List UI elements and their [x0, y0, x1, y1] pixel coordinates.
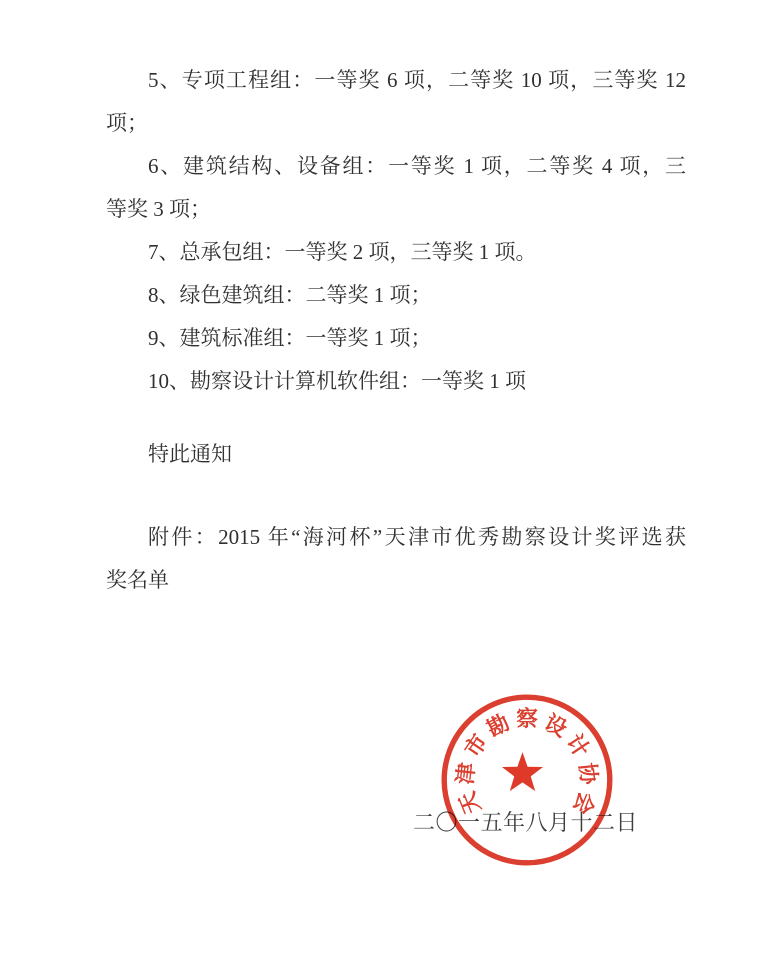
seal-text: 天津市勘察设计协会	[453, 706, 602, 818]
seal-star-icon	[502, 752, 543, 791]
attachment-line: 奖名单	[106, 559, 686, 602]
body-line: 等奖 3 项；	[106, 188, 686, 231]
body-line: 10、勘察设计计算机软件组：一等奖 1 项	[106, 360, 686, 403]
attachment-line: 附件：2015 年“海河杯”天津市优秀勘察设计奖评选获	[106, 516, 686, 559]
seal-char: 察	[516, 706, 538, 731]
seal-char: 天	[455, 788, 485, 817]
award-groups-list: 5、专项工程组：一等奖 6 项，二等奖 10 项，三等奖 12项；6、建筑结构、…	[106, 59, 686, 403]
seal-char: 会	[568, 788, 599, 818]
official-seal: 天津市勘察设计协会	[437, 690, 617, 870]
notice-block: 特此通知	[106, 433, 686, 476]
attachment-block: 附件：2015 年“海河杯”天津市优秀勘察设计奖评选获奖名单	[106, 516, 686, 602]
body-line: 项；	[106, 102, 686, 145]
body-line: 5、专项工程组：一等奖 6 项，二等奖 10 项，三等奖 12	[106, 59, 686, 102]
document-page: 5、专项工程组：一等奖 6 项，二等奖 10 项，三等奖 12项；6、建筑结构、…	[0, 0, 777, 971]
seal-char: 津	[453, 761, 479, 785]
seal-char: 计	[562, 730, 594, 762]
seal-char: 设	[541, 710, 572, 742]
body-line: 7、总承包组：一等奖 2 项，三等奖 1 项。	[106, 231, 686, 274]
body-line: 8、绿色建筑组：二等奖 1 项；	[106, 274, 686, 317]
seal-char: 勘	[483, 709, 514, 741]
body-line: 6、建筑结构、设备组：一等奖 1 项，二等奖 4 项，三	[106, 145, 686, 188]
seal-char: 协	[575, 762, 602, 787]
seal-char: 市	[460, 730, 492, 762]
body-line: 9、建筑标准组：一等奖 1 项；	[106, 317, 686, 360]
notice-line: 特此通知	[106, 433, 686, 476]
